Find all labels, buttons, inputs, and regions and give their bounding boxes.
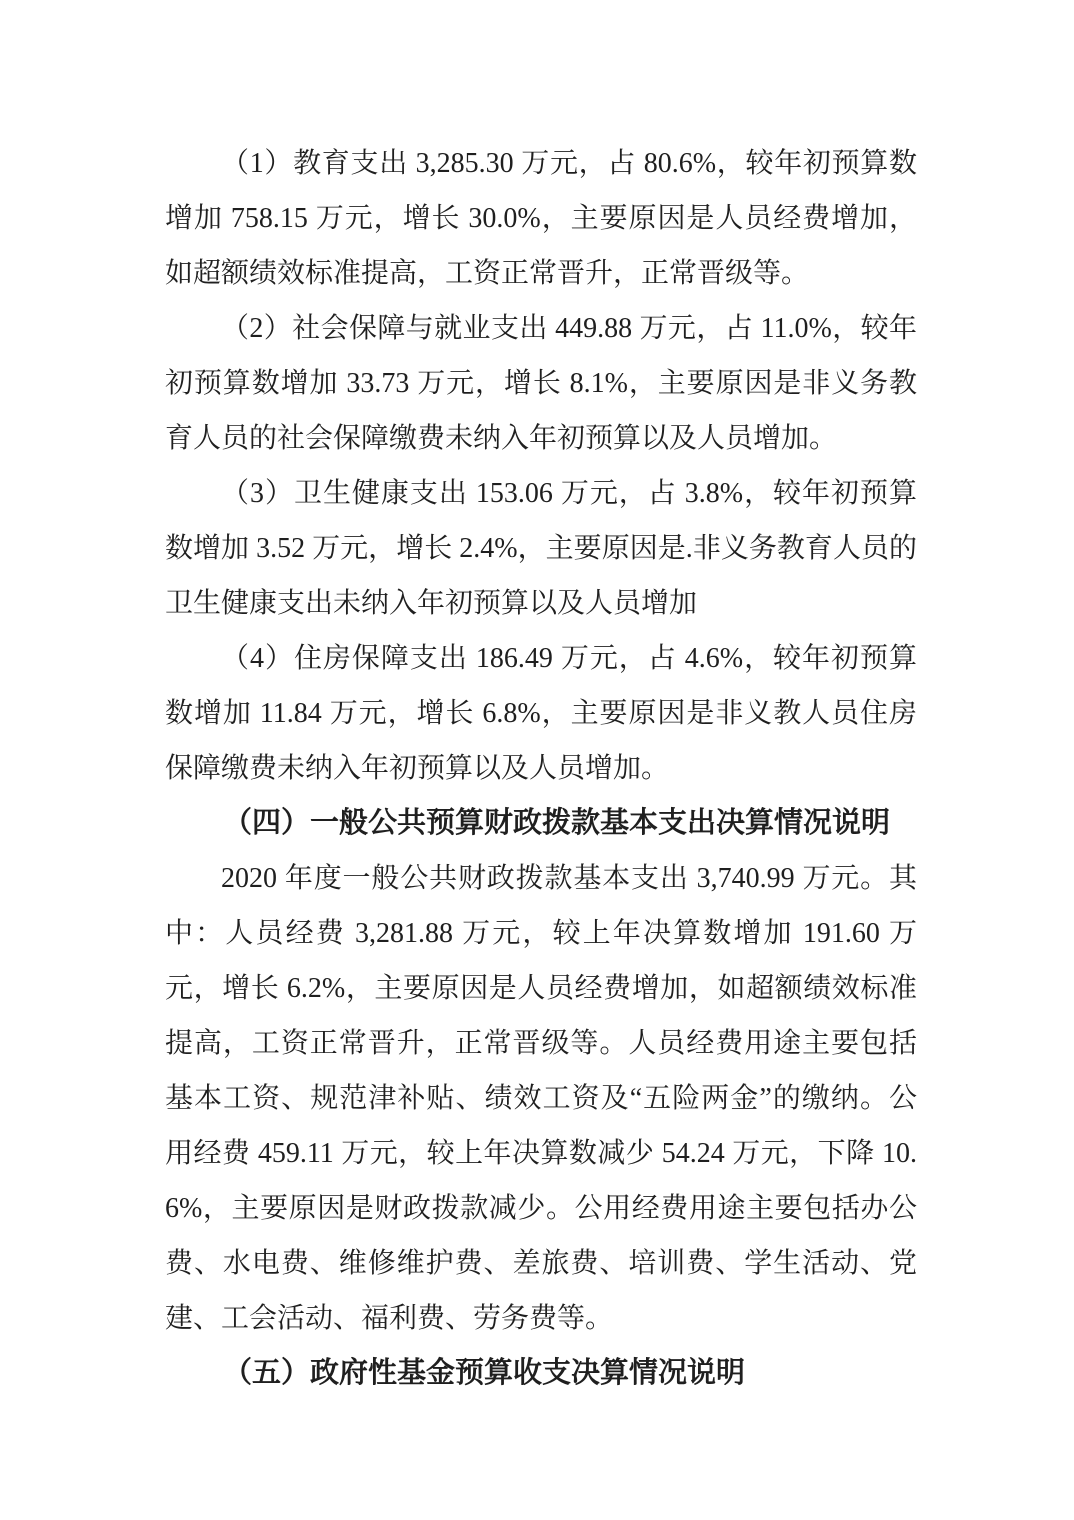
paragraph-social-security-expenditure: （2）社会保障与就业支出 449.88 万元，占 11.0%，较年初预算数增加 … <box>165 301 917 466</box>
paragraph-education-expenditure: （1）教育支出 3,285.30 万元，占 80.6%，较年初预算数增加 758… <box>165 136 917 301</box>
paragraph-health-expenditure: （3）卫生健康支出 153.06 万元，占 3.8%，较年初预算数增加 3.52… <box>165 466 917 631</box>
document-content: （1）教育支出 3,285.30 万元，占 80.6%，较年初预算数增加 758… <box>165 136 917 1401</box>
heading-section-5-government-fund-budget: （五）政府性基金预算收支决算情况说明 <box>165 1346 917 1401</box>
paragraph-housing-expenditure: （4）住房保障支出 186.49 万元，占 4.6%，较年初预算数增加 11.8… <box>165 631 917 796</box>
document-page: （1）教育支出 3,285.30 万元，占 80.6%，较年初预算数增加 758… <box>0 0 1074 1520</box>
paragraph-basic-expenditure-detail: 2020 年度一般公共财政拨款基本支出 3,740.99 万元。其中：人员经费 … <box>165 851 917 1346</box>
heading-section-4-basic-expenditure: （四）一般公共预算财政拨款基本支出决算情况说明 <box>165 796 917 851</box>
